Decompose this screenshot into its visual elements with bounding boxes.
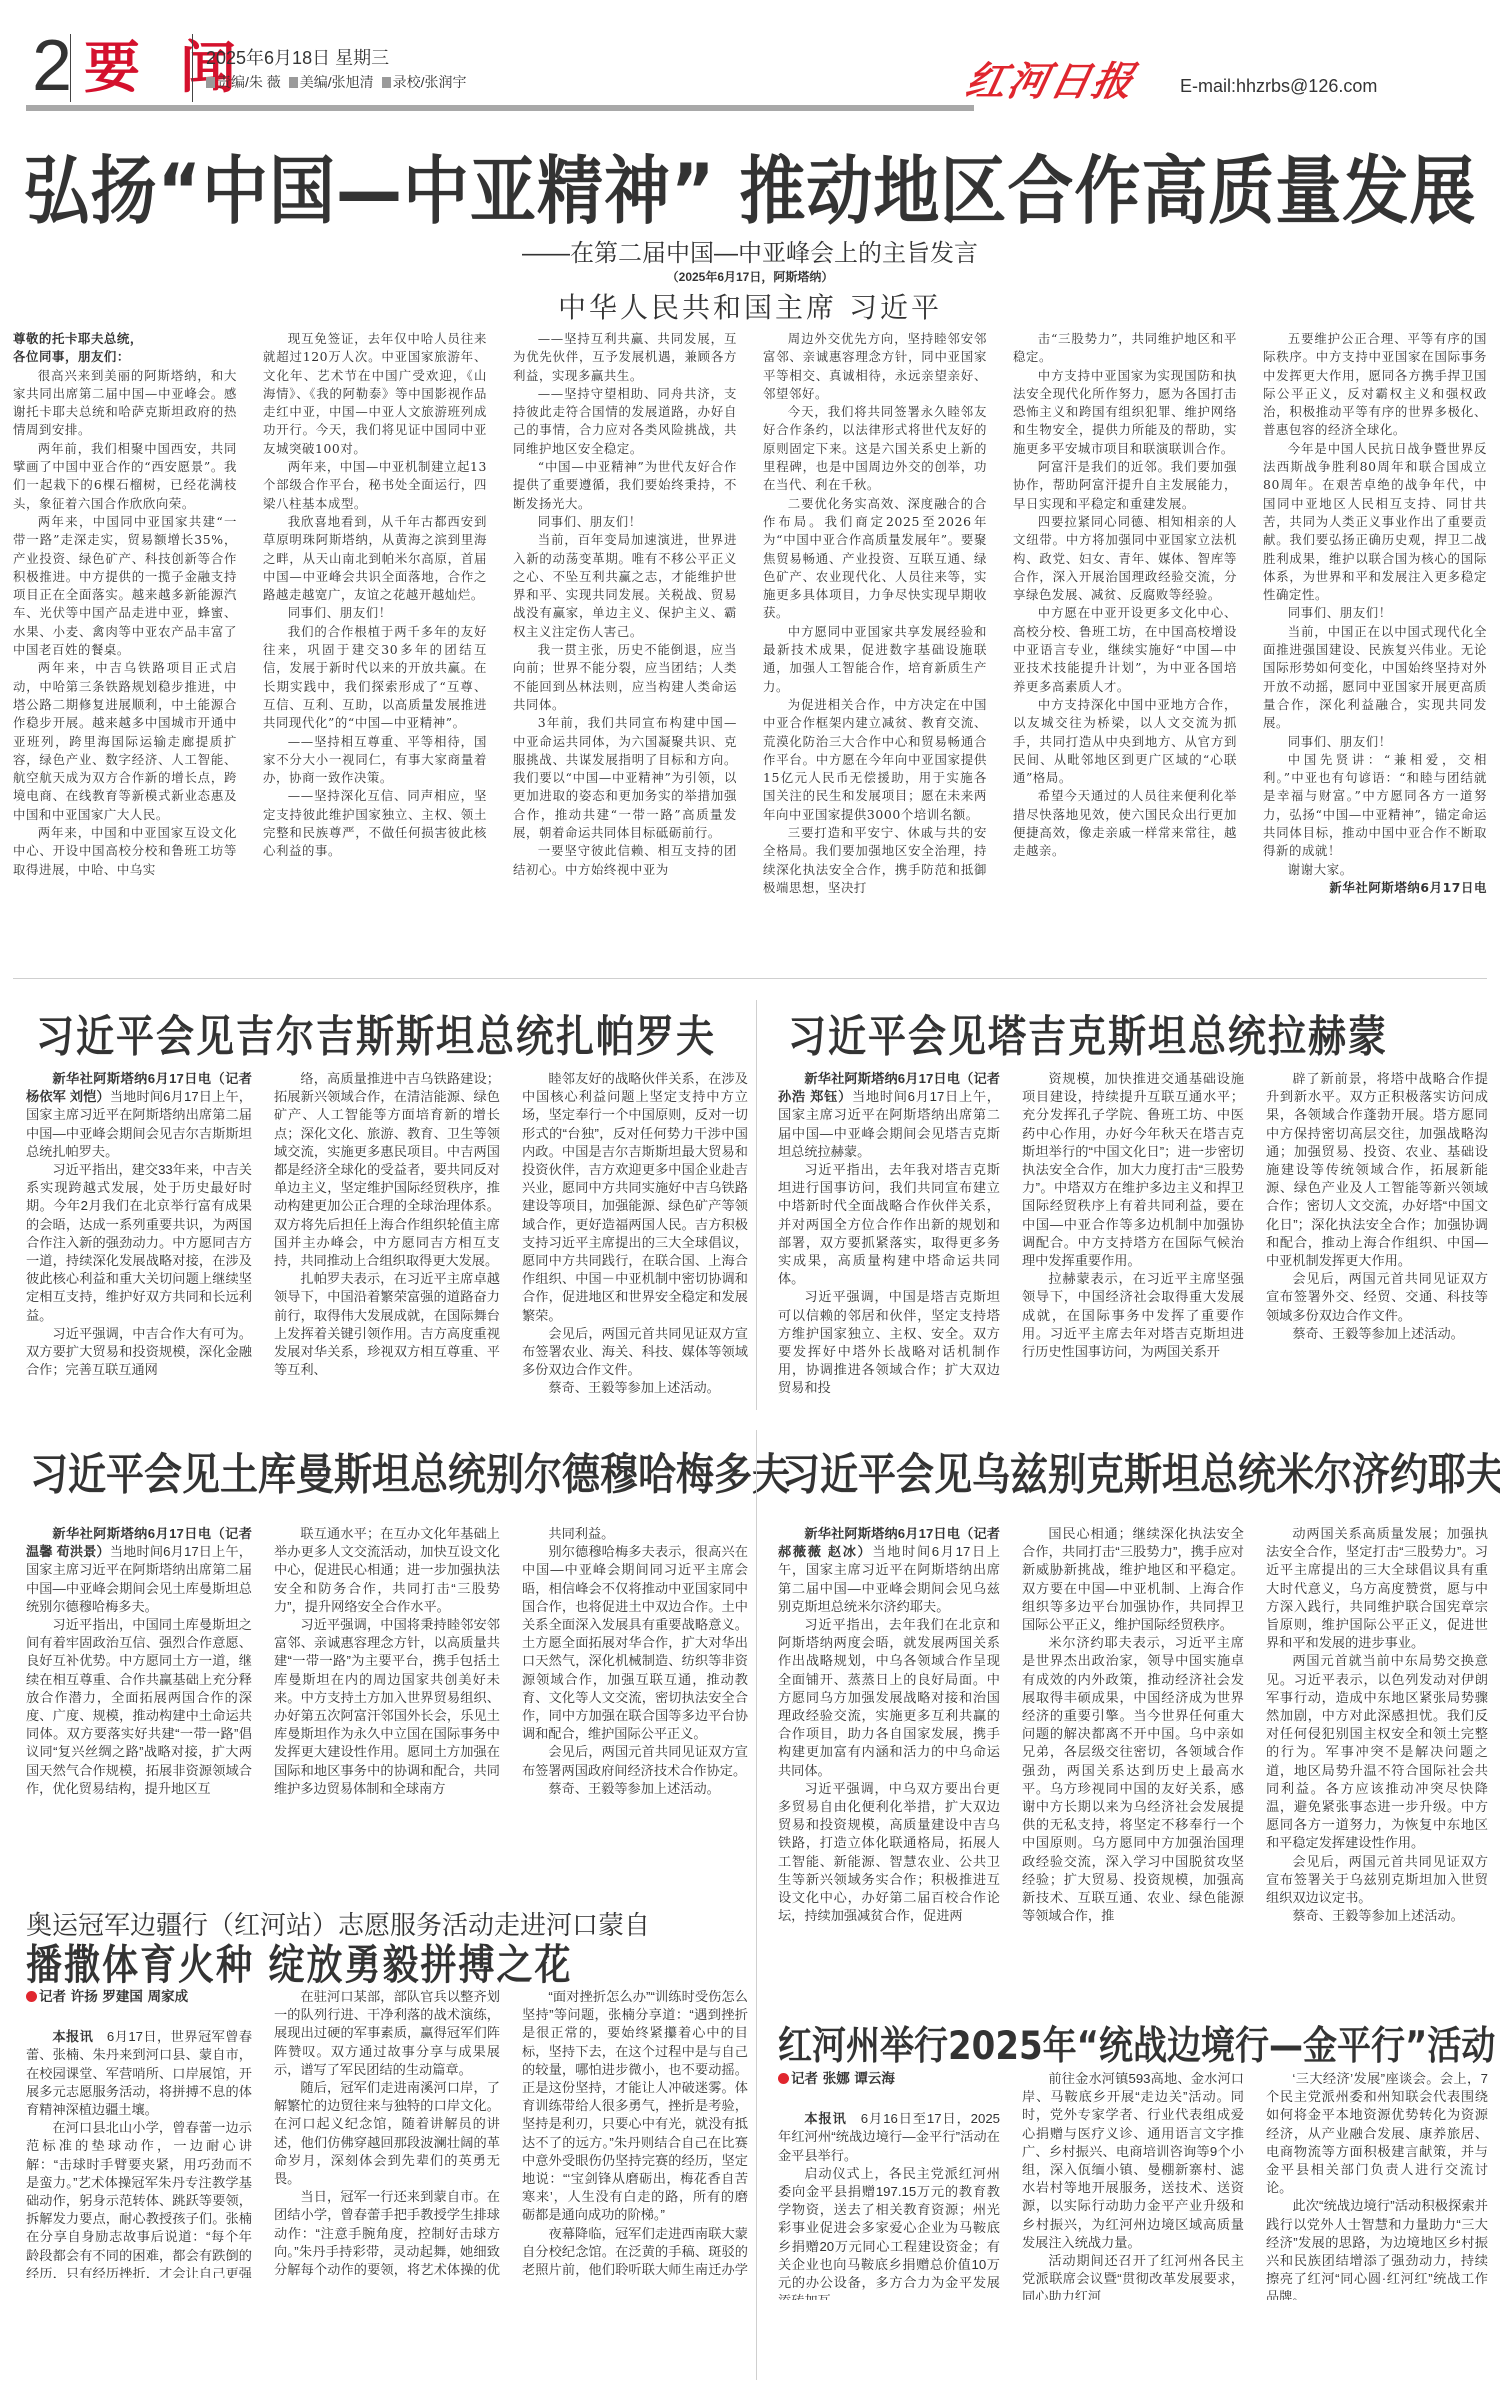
paragraph: 本报讯 6月16日至17日，2025年红河州“统战边境行—金平行”活动在金平县举…: [778, 2110, 1000, 2165]
editor-credit: 责编/朱 薇: [206, 72, 281, 92]
paragraph: 会见后，两国元首共同见证双方宣布签署两国政府间经济技术合作协定。: [522, 1743, 748, 1779]
paragraph: ——坚持深化互信、同声相应，坚定支持彼此维护国家独立、主权、领土完整和民族尊严，…: [263, 787, 487, 860]
lede: 新华社阿斯塔纳6月17日电（记者 温馨 荀洪景）: [26, 1526, 252, 1559]
paragraph: 我们的合作根植于两千多年的友好往来，巩固于建交30多年的团结互信，发展于新时代以…: [263, 623, 487, 733]
paragraph: 在驻河口某部，部队官兵以整齐划一的队列行进、干净利落的战术演练，展现出过硬的军事…: [274, 1988, 500, 2079]
salutation: 各位同事，朋友们：: [13, 348, 237, 366]
paragraph: 两年来，中吉乌铁路项目正式启动，中哈第三条铁路规划稳步推进，中塔公路二期修复进展…: [13, 659, 237, 824]
bullet-icon: [778, 2073, 789, 2084]
paragraph: ——坚持互利共赢、共同发展，互为优先伙伴，互予发展机遇，兼顾各方利益，实现多赢共…: [513, 330, 737, 385]
paragraph: 新华社阿斯塔纳6月17日电（记者 郝薇薇 赵冰）当地时间6月17日上午，国家主席…: [778, 1525, 1000, 1616]
paragraph: 习近平强调，中国是塔吉克斯坦可以信赖的邻居和伙伴，坚定支持塔方维护国家独立、主权…: [778, 1288, 1000, 1397]
lede: 新华社阿斯塔纳6月17日电（记者 郝薇薇 赵冰）: [778, 1526, 1000, 1559]
article-body: 记者 张娜 谭云海本报讯 6月16日至17日，2025年红河州“统战边境行—金平…: [778, 2070, 1490, 2300]
paragraph: 拉赫蒙表示，在习近平主席坚强领导下，中国经济社会取得重大发展成就，在国际事务中发…: [1022, 1270, 1244, 1361]
article-headline: 习近平会见吉尔吉斯斯坦总统扎帕罗夫: [36, 1010, 716, 1063]
paragraph: 同事们、朋友们！: [263, 604, 487, 622]
article-headline: 播撒体育火种 绽放勇毅拼搏之花: [26, 1933, 573, 1992]
paragraph: 四要拉紧同心同德、相知相亲的人文纽带。中方将加强同中亚国家立法机构、政党、妇女、…: [1013, 513, 1237, 604]
paragraph: 会见后，两国元首共同见证双方宣布签署农业、海关、科技、媒体等领域多份双边合作文件…: [522, 1325, 748, 1380]
lede: 本报讯: [52, 2029, 93, 2044]
paragraph: 此次“统战边境行”活动积极探索并践行以党外人士智慧和力量助力“三大经济”发展的思…: [1266, 2197, 1488, 2300]
paragraph: 两年来，中国—中亚机制建立起13个部级合作平台，秘书处全面运行，四梁八柱基本成型…: [263, 458, 487, 513]
paragraph: 希望今天通过的人员往来便利化举措尽快落地见效，使六国民众出行更加便捷高效，像走亲…: [1013, 787, 1237, 860]
paragraph: “面对挫折怎么办”“训练时受伤怎么坚持”等问题，张楠分享道：“遇到挫折是很正常的…: [522, 1988, 748, 2225]
paragraph: 动两国关系高质量发展；加强执法安全合作，坚定打击“三股势力”。习近平主席提出的三…: [1266, 1525, 1488, 1652]
text-column: 五要维护公正合理、平等有序的国际秩序。中方支持中亚国家在国际事务中发挥更大作用，…: [1263, 330, 1487, 970]
paragraph: 同事们、朋友们！: [1263, 604, 1487, 622]
text-column: 国民心相通；继续深化执法安全合作，共同打击“三股势力”，携手应对新威胁新挑战，维…: [1022, 1525, 1244, 1977]
paragraph: 习近平指出，去年我们在北京和阿斯塔纳两度会晤，就发展两国关系作出战略规划，中乌各…: [778, 1616, 1000, 1780]
paragraph: 两年来，中国和中亚国家互设文化中心、开设中国高校分校和鲁班工坊等取得进展，中哈、…: [13, 824, 237, 879]
editor-credit: 录校/张润宇: [382, 72, 467, 92]
paragraph: 会见后，两国元首共同见证双方宣布签署关于乌兹别克斯坦加入世贸组织双边议定书。: [1266, 1853, 1488, 1908]
article-body: 记者 许扬 罗建国 周家成本报讯 6月17日，世界冠军曾春蕾、张楠、朱丹来到河口…: [26, 1988, 748, 2278]
article-headline: 习近平会见塔吉克斯坦总统拉赫蒙: [788, 1010, 1388, 1063]
paragraph: 中方愿在中亚开设更多文化中心、高校分校、鲁班工坊，在中国高校增设中亚语言专业，继…: [1013, 604, 1237, 695]
paragraph: 前往金水河镇593高地、金水河口岸、马鞍底乡开展“走边关”活动。同时，党外专家学…: [1022, 2070, 1244, 2252]
text-column: 动两国关系高质量发展；加强执法安全合作，坚定打击“三股势力”。习近平主席提出的三…: [1266, 1525, 1488, 1977]
paragraph: 新华社阿斯塔纳6月17日电（记者 温馨 荀洪景）当地时间6月17日上午，国家主席…: [26, 1525, 252, 1616]
paragraph: 在河口县北山小学，曾春蕾一边示范标准的垫球动作，一边耐心讲解：“击球时手臂要夹紧…: [26, 2119, 252, 2278]
paragraph: 当前，中国正在以中国式现代化全面推进强国建设、民族复兴伟业。无论国际形势如何变化…: [1263, 623, 1487, 733]
byline: 记者 张娜 谭云海: [778, 2070, 1000, 2088]
text-column: 新华社阿斯塔纳6月17日电（记者 孙浩 郑钰）当地时间6月17日上午，国家主席习…: [778, 1070, 1000, 1410]
paragraph: 中方支持深化中国中亚地方合作，以友城交往为桥梁，以人文交流为抓手，共同打造从中央…: [1013, 696, 1237, 787]
paragraph: 蔡奇、王毅等参加上述活动。: [522, 1780, 748, 1798]
paragraph: 一要坚守彼此信赖、相互支持的团结初心。中方始终视中亚为: [513, 842, 737, 879]
paragraph: 蔡奇、王毅等参加上述活动。: [522, 1379, 748, 1397]
paragraph: 阿富汗是我们的近邻。我们要加强协作，帮助阿富汗提升自主发展能力，早日实现和平稳定…: [1013, 458, 1237, 513]
paragraph: ——坚持相互尊重、平等相待，国家不分大小一视同仁，有事大家商量着办，协商一致作决…: [263, 733, 487, 788]
paragraph: ——坚持守望相助、同舟共济，支持彼此走符合国情的发展道路，办好自己的事情，合力应…: [513, 385, 737, 458]
text-column: 记者 许扬 罗建国 周家成本报讯 6月17日，世界冠军曾春蕾、张楠、朱丹来到河口…: [26, 1988, 252, 2278]
lede: 新华社阿斯塔纳6月17日电（记者 杨依军 刘恺）: [26, 1071, 252, 1104]
text-column: 现互免签证，去年仅中哈人员往来就超过120万人次。中亚国家旅游年、文化年、艺术节…: [263, 330, 487, 970]
text-column: “面对挫折怎么办”“训练时受伤怎么坚持”等问题，张楠分享道：“遇到挫折是很正常的…: [522, 1988, 748, 2278]
text-column: 记者 张娜 谭云海本报讯 6月16日至17日，2025年红河州“统战边境行—金平…: [778, 2070, 1000, 2300]
header-rule: [26, 105, 974, 111]
byline-text: 记者 张娜 谭云海: [791, 2071, 895, 2087]
paragraph: 资规模，加快推进交通基础设施项目建设，持续提升互联互通水平；充分发挥孔子学院、鲁…: [1022, 1070, 1244, 1270]
lead-subtitle: ——在第二届中国—中亚峰会上的主旨发言: [0, 233, 1500, 268]
editor-credits: 责编/朱 薇 美编/张旭清 录校/张润宇: [206, 72, 467, 92]
paragraph: 蔡奇、王毅等参加上述活动。: [1266, 1907, 1488, 1925]
paragraph: 蔡奇、王毅等参加上述活动。: [1266, 1325, 1488, 1343]
contact-email[interactable]: E-mail:hhzrbs@126.com: [1180, 76, 1377, 97]
paragraph: ‘三大经济’发展”座谈会。会上，7个民主党派州委和州知联会代表围绕如何将金平本地…: [1266, 2070, 1488, 2197]
paragraph: 共同利益。: [522, 1525, 748, 1543]
lead-dateline: （2025年6月17日，阿斯塔纳）: [0, 268, 1500, 285]
newspaper-logo: 红河日报: [961, 50, 1141, 107]
paragraph: 同事们、朋友们！: [1263, 733, 1487, 751]
paragraph: 两年来，中国同中亚国家共建“一带一路”走深走实，贸易额增长35%，产业投资、绿色…: [13, 513, 237, 659]
divider: [756, 1430, 757, 2380]
text-column: 新华社阿斯塔纳6月17日电（记者 杨依军 刘恺）当地时间6月17日上午，国家主席…: [26, 1070, 252, 1410]
paragraph: 新华社阿斯塔纳6月17日电（记者 杨依军 刘恺）当地时间6月17日上午，国家主席…: [26, 1070, 252, 1161]
paragraph: 我一贯主张，历史不能倒退，应当向前；世界不能分裂，应当团结；人类不能回到丛林法则…: [513, 641, 737, 714]
text-column: 资规模，加快推进交通基础设施项目建设，持续提升互联互通水平；充分发挥孔子学院、鲁…: [1022, 1070, 1244, 1410]
page-number: 2: [32, 30, 72, 102]
paragraph: 习近平强调，中乌双方要出台更多贸易自由化便利化举措，扩大双边贸易和投资规模，高质…: [778, 1780, 1000, 1926]
lead-headline: 弘扬“中国—中亚精神” 推动地区合作高质量发展: [14, 148, 1486, 235]
article-body: 新华社阿斯塔纳6月17日电（记者 温馨 荀洪景）当地时间6月17日上午，国家主席…: [26, 1525, 748, 1865]
paragraph: 随后，冠军们走进南溪河口岸，了解繁忙的边贸往来与独特的口岸文化。在河口起义纪念馆…: [274, 2079, 500, 2188]
paragraph: 二要优化务实高效、深度融合的合作布局。我们商定2025至2026年为“中国中亚合…: [763, 495, 987, 623]
paragraph: 周边外交优先方向，坚持睦邻安邻富邻、亲诚惠容理念方针，同中亚国家平等相交、真诚相…: [763, 330, 987, 403]
paragraph: 活动期间还召开了红河州各民主党派联席会议暨“贯彻改革发展要求，同心助力红河: [1022, 2252, 1244, 2300]
divider: [192, 34, 193, 102]
dateline-signature: 新华社阿斯塔纳6月17日电: [1263, 879, 1487, 897]
lede: 本报讯: [804, 2111, 846, 2126]
text-column: ‘三大经济’发展”座谈会。会上，7个民主党派州委和州知联会代表围绕如何将金平本地…: [1266, 2070, 1488, 2300]
paragraph: 夜幕降临，冠军们走进西南联大蒙自分校纪念馆。在泛黄的手稿、斑驳的老照片前，他们聆…: [522, 2225, 748, 2278]
paragraph: 现互免签证，去年仅中哈人员往来就超过120万人次。中亚国家旅游年、文化年、艺术节…: [263, 330, 487, 458]
text-column: 前往金水河镇593高地、金水河口岸、马鞍底乡开展“走边关”活动。同时，党外专家学…: [1022, 2070, 1244, 2300]
paragraph: 中国先贤讲：“兼相爱，交相利。”中亚也有句谚语：“和睦与团结就是幸福与财富。”中…: [1263, 751, 1487, 861]
paragraph: 今年是中国人民抗日战争暨世界反法西斯战争胜利80周年和联合国成立80周年。在艰苦…: [1263, 440, 1487, 605]
paragraph: 扎帕罗夫表示，在习近平主席卓越领导下，中国沿着繁荣富强的道路奋力前行，取得伟大发…: [274, 1270, 500, 1379]
article-body: 新华社阿斯塔纳6月17日电（记者 杨依军 刘恺）当地时间6月17日上午，国家主席…: [26, 1070, 748, 1410]
text-column: ——坚持互利共赢、共同发展，互为优先伙伴，互予发展机遇，兼顾各方利益，实现多赢共…: [513, 330, 737, 970]
paragraph: 谢谢大家。: [1263, 861, 1487, 879]
paragraph: 习近平指出，建交33年来，中吉关系实现跨越式发展，处于历史最好时期。今年2月我们…: [26, 1161, 252, 1325]
text-column: 共同利益。别尔德穆哈梅多夫表示，很高兴在中国—中亚峰会期间同习近平主席会晤，相信…: [522, 1525, 748, 1865]
lead-article-body: 尊敬的托卡耶夫总统，各位同事，朋友们：很高兴来到美丽的阿斯塔纳，和大家共同出席第…: [13, 330, 1487, 970]
text-column: 联互通水平；在互办文化年基础上举办更多人文交流活动，加快互设文化中心，促进民心相…: [274, 1525, 500, 1865]
divider: [13, 978, 1487, 979]
paragraph: 习近平指出，去年我对塔吉克斯坦进行国事访问，我们共同宣布建立中塔新时代全面战略合…: [778, 1161, 1000, 1288]
paragraph: 三要打造和平安宁、休戚与共的安全格局。我们要加强地区安全治理，持续深化执法安全合…: [763, 824, 987, 897]
text-column: 周边外交优先方向，坚持睦邻安邻富邻、亲诚惠容理念方针，同中亚国家平等相交、真诚相…: [763, 330, 987, 970]
editor-credit: 美编/张旭清: [289, 72, 374, 92]
paragraph: 中方支持中亚国家为实现国防和执法安全现代化所作努力，愿为各国打击恐怖主义和跨国有…: [1013, 367, 1237, 458]
paragraph: 今天，我们将共同签署永久睦邻友好合作条约，以法律形式将世代友好的原则固定下来。这…: [763, 403, 987, 494]
paragraph: 五要维护公正合理、平等有序的国际秩序。中方支持中亚国家在国际事务中发挥更大作用，…: [1263, 330, 1487, 440]
lead-author: 中华人民共和国主席 习近平: [0, 286, 1500, 326]
article-headline: 习近平会见乌兹别克斯坦总统米尔济约耶夫: [782, 1448, 1500, 1501]
text-column: 在驻河口某部，部队官兵以整齐划一的队列行进、干净利落的战术演练，展现出过硬的军事…: [274, 1988, 500, 2278]
article-body: 新华社阿斯塔纳6月17日电（记者 孙浩 郑钰）当地时间6月17日上午，国家主席习…: [778, 1070, 1490, 1410]
paragraph: 辟了新前景，将塔中战略合作提升到新水平。双方正积极落实访问成果，各领域合作蓬勃开…: [1266, 1070, 1488, 1270]
byline-text: 记者 许扬 罗建国 周家成: [39, 1989, 188, 2005]
paragraph: 当日，冠军一行还来到蒙自市。在团结小学，曾春蕾手把手教授学生排球动作：“注意手腕…: [274, 2188, 500, 2278]
paragraph: 米尔济约耶夫表示，习近平主席是世界杰出政治家，领导中国实施卓有成效的内外政策，推…: [1022, 1634, 1244, 1925]
paragraph: 联互通水平；在互办文化年基础上举办更多人文交流活动，加快互设文化中心，促进民心相…: [274, 1525, 500, 1616]
salutation: 尊敬的托卡耶夫总统，: [13, 330, 237, 348]
bullet-icon: [26, 1991, 37, 2002]
text-column: 睦邻友好的战略伙伴关系，在涉及中国核心利益问题上坚定支持中方立场，坚定奉行一个中…: [522, 1070, 748, 1410]
paragraph: 习近平强调，中国将秉持睦邻安邻富邻、亲诚惠容理念方针，以高质量共建“一带一路”为…: [274, 1616, 500, 1798]
paragraph: 会见后，两国元首共同见证双方宣布签署外交、经贸、交通、科技等领域多份双边合作文件…: [1266, 1270, 1488, 1325]
paragraph: 我欣喜地看到，从千年古都西安到草原明珠阿斯塔纳，从黄海之滨到里海之畔，从天山南北…: [263, 513, 487, 604]
paragraph: 习近平指出，中国同土库曼斯坦之间有着牢固政治互信、强烈合作意愿、良好互补优势。中…: [26, 1616, 252, 1798]
paragraph: 别尔德穆哈梅多夫表示，很高兴在中国—中亚峰会期间同习近平主席会晤，相信峰会不仅将…: [522, 1543, 748, 1743]
text-column: 击“三股势力”，共同维护地区和平稳定。中方支持中亚国家为实现国防和执法安全现代化…: [1013, 330, 1237, 970]
paragraph: “中国—中亚精神”为世代友好合作提供了重要遵循，我们要始终秉持，不断发扬光大。: [513, 458, 737, 513]
paragraph: 当前，百年变局加速演进，世界进入新的动荡变革期。唯有不移公平正义之心、不坠互利共…: [513, 531, 737, 641]
paragraph: 启动仪式上，各民主党派红河州委向金平县捐赠197.15万元的教育教学物资，送去了…: [778, 2165, 1000, 2300]
paragraph: 本报讯 6月17日，世界冠军曾春蕾、张楠、朱丹来到河口县、蒙自市，在校园课堂、军…: [26, 2028, 252, 2119]
paragraph: 两年前，我们相聚中国西安，共同擘画了中国中亚合作的“西安愿景”。我们一起栽下的6…: [13, 440, 237, 513]
paragraph: 击“三股势力”，共同维护地区和平稳定。: [1013, 330, 1237, 367]
divider: [70, 34, 71, 102]
lede: 新华社阿斯塔纳6月17日电（记者 孙浩 郑钰）: [778, 1071, 1000, 1104]
masthead: 2 要闻 2025年6月18日 星期三 责编/朱 薇 美编/张旭清 录校/张润宇…: [0, 0, 1500, 112]
article-headline: 习近平会见土库曼斯坦总统别尔德穆哈梅多夫: [30, 1448, 790, 1501]
text-column: 新华社阿斯塔纳6月17日电（记者 郝薇薇 赵冰）当地时间6月17日上午，国家主席…: [778, 1525, 1000, 1977]
paragraph: 国民心相通；继续深化执法安全合作，共同打击“三股势力”，携手应对新威胁新挑战，维…: [1022, 1525, 1244, 1634]
paragraph: 中方愿同中亚国家共享发展经验和最新技术成果，促进数字基础设施联通，加强人工智能合…: [763, 623, 987, 696]
article-headline: 红河州举行2025年“统战边境行—金平行”活动: [778, 2020, 1495, 2073]
text-column: 尊敬的托卡耶夫总统，各位同事，朋友们：很高兴来到美丽的阿斯塔纳，和大家共同出席第…: [13, 330, 237, 970]
text-column: 新华社阿斯塔纳6月17日电（记者 温馨 荀洪景）当地时间6月17日上午，国家主席…: [26, 1525, 252, 1865]
divider: [756, 1000, 757, 1410]
paragraph: 习近平强调，中吉合作大有可为。双方要扩大贸易和投资规模，深化金融合作；完善互联互…: [26, 1325, 252, 1380]
article-body: 新华社阿斯塔纳6月17日电（记者 郝薇薇 赵冰）当地时间6月17日上午，国家主席…: [778, 1525, 1490, 1977]
paragraph: 同事们、朋友们！: [513, 513, 737, 531]
issue-date: 2025年6月18日 星期三: [206, 44, 389, 70]
paragraph: 睦邻友好的战略伙伴关系，在涉及中国核心利益问题上坚定支持中方立场，坚定奉行一个中…: [522, 1070, 748, 1325]
paragraph: 为促进相关合作，中方决定在中国中亚合作框架内建立减贫、教育交流、荒漠化防治三大合…: [763, 696, 987, 824]
paragraph: 络，高质量推进中吉乌铁路建设；拓展新兴领域合作，在清洁能源、绿色矿产、人工智能等…: [274, 1070, 500, 1270]
paragraph: 很高兴来到美丽的阿斯塔纳，和大家共同出席第二届中国—中亚峰会。感谢托卡耶夫总统和…: [13, 367, 237, 440]
text-column: 辟了新前景，将塔中战略合作提升到新水平。双方正积极落实访问成果，各领域合作蓬勃开…: [1266, 1070, 1488, 1410]
byline: 记者 许扬 罗建国 周家成: [26, 1988, 252, 2006]
paragraph: 新华社阿斯塔纳6月17日电（记者 孙浩 郑钰）当地时间6月17日上午，国家主席习…: [778, 1070, 1000, 1161]
text-column: 络，高质量推进中吉乌铁路建设；拓展新兴领域合作，在清洁能源、绿色矿产、人工智能等…: [274, 1070, 500, 1410]
paragraph: 3年前，我们共同宣布构建中国—中亚命运共同体，为六国凝聚共识、克服挑战、共谋发展…: [513, 714, 737, 842]
paragraph: 两国元首就当前中东局势交换意见。习近平表示，以色列发动对伊朗军事行动，造成中东地…: [1266, 1652, 1488, 1852]
